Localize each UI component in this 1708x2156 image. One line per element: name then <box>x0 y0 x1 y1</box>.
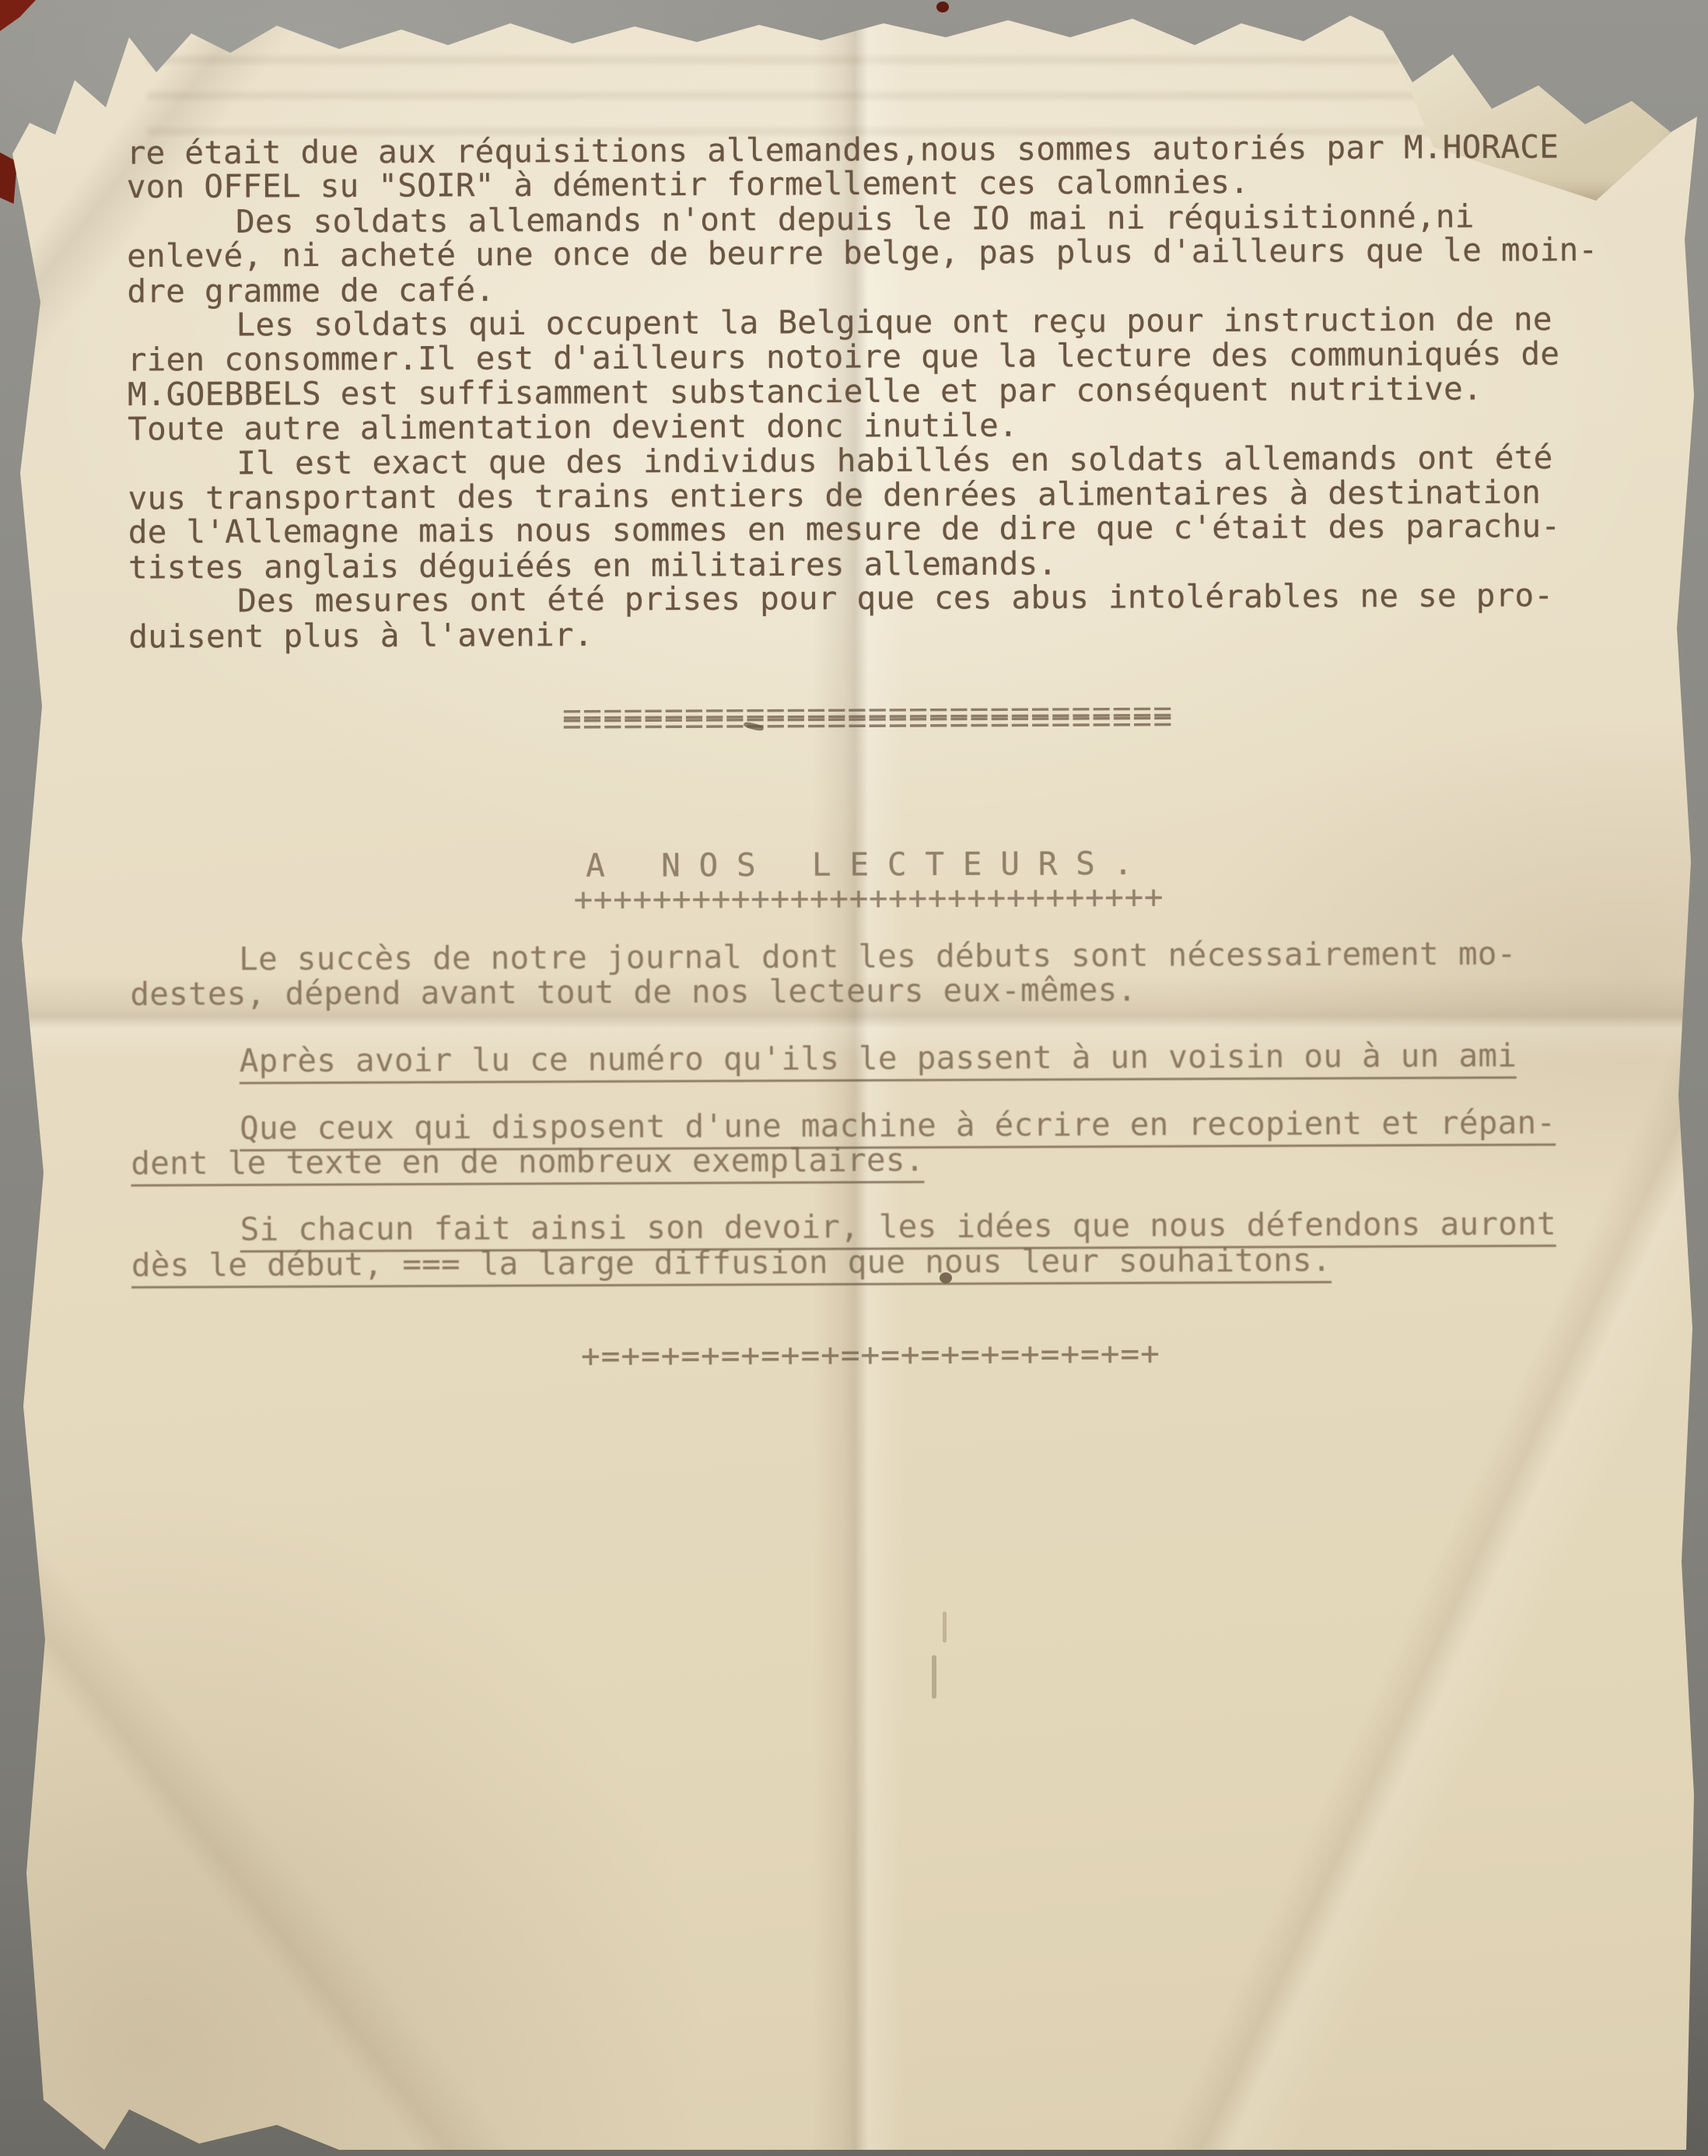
typewritten-line: Après avoir lu ce numéro qu'ils le passe… <box>131 1038 1608 1079</box>
heading-underline-row: ++++++++++++++++++++++++++++++ <box>130 878 1608 919</box>
fold-tear <box>943 1612 947 1643</box>
red-mark-top-left <box>0 0 36 31</box>
photograph-of-document: { "photo": { "background_color": "#8d8c8… <box>0 0 1708 2156</box>
typewritten-line: rien consommer.Il est d'ailleurs notoire… <box>128 337 1605 378</box>
fold-tear <box>932 1655 936 1699</box>
paper-sheet: re était due aux réquisitions allemandes… <box>12 6 1697 2150</box>
typewritten-line: Toute autre alimentation devient donc in… <box>128 406 1605 447</box>
typewritten-line: destes, dépend avant tout de nos lecteur… <box>130 971 1608 1012</box>
typewritten-line: Si chacun fait ainsi son devoir, les idé… <box>131 1206 1609 1248</box>
typewritten-line: dès le début, === la large diffusion que… <box>131 1241 1609 1283</box>
typed-divider: ============================== <box>129 692 1607 733</box>
typewritten-line: re était due aux réquisitions allemandes… <box>127 129 1605 170</box>
typewritten-line: tistes anglais déguiéés en militaires al… <box>128 544 1606 585</box>
typewritten-line: dent le texte en de nombreux exemplaires… <box>131 1139 1608 1181</box>
typewritten-text-block: re était due aux réquisitions allemandes… <box>127 129 1610 1376</box>
typed-divider: +=+=+=+=+=+=+=+=+=+=+=+=+=+=+ <box>131 1335 1609 1376</box>
typewritten-line: Que ceux qui disposent d'une machine à é… <box>131 1104 1608 1146</box>
typewritten-line: dre gramme de café. <box>127 268 1605 309</box>
typewritten-line: vus transportant des trains entiers de d… <box>128 474 1605 516</box>
red-speck-top <box>936 2 949 12</box>
typewritten-line: duisent plus à l'avenir. <box>128 613 1606 654</box>
typewritten-line: Des soldats allemands n'ont depuis le IO… <box>127 198 1605 240</box>
